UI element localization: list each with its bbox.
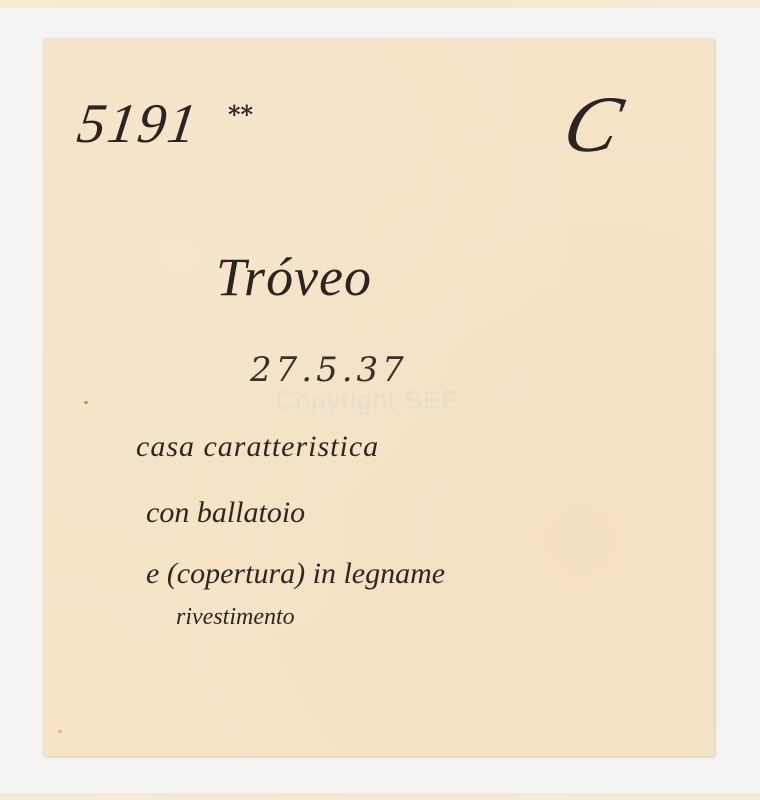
copyright-watermark: Copyright SEF [276,385,458,416]
paper-speck [84,401,88,404]
catalog-marks: ** [228,100,253,129]
bottom-edge-strip [0,793,760,800]
description-line: con ballatoio [146,496,305,530]
paper-speck [58,730,62,733]
description-line: casa caratteristica [136,430,379,464]
description-line: rivestimento [176,604,295,631]
top-edge-strip [0,0,760,8]
place-name: Tróveo [216,246,372,308]
description-line: e (copertura) in legname [146,557,445,591]
card-date: 27.5.37 [250,350,408,390]
catalog-number: 5191 [74,92,203,156]
